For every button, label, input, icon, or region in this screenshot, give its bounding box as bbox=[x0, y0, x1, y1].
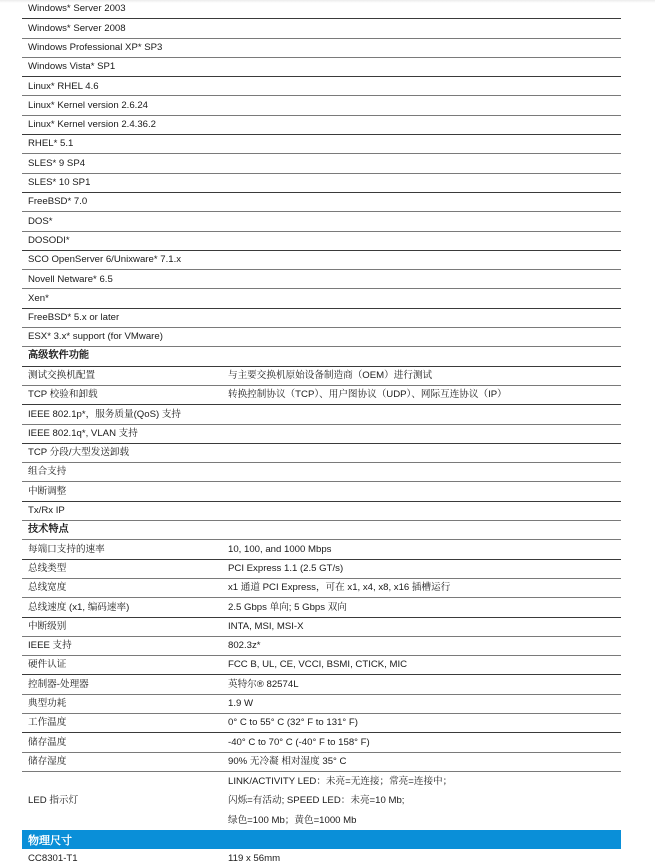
row-label: 硬件认证 bbox=[22, 660, 228, 670]
os-name: RHEL* 5.1 bbox=[22, 139, 228, 149]
os-name: Linux* RHEL 4.6 bbox=[22, 82, 228, 92]
section-title: 物理尺寸 bbox=[28, 832, 72, 848]
table-row: 储存温度 -40° C to 70° C (-40° F to 158° F) bbox=[22, 733, 621, 752]
row-label: 中断级别 bbox=[22, 622, 228, 632]
os-name: DOSODI* bbox=[22, 236, 228, 246]
row-label: 中断调整 bbox=[22, 487, 228, 497]
os-name: Windows Vista* SP1 bbox=[22, 62, 228, 72]
os-row: SLES* 9 SP4 bbox=[22, 154, 621, 173]
table-row: IEEE 802.1p*，服务质量(QoS) 支持 bbox=[22, 405, 621, 424]
table-row: IEEE 802.1q*, VLAN 支持 bbox=[22, 425, 621, 444]
row-label: TCP 分段/大型发送卸载 bbox=[22, 448, 228, 458]
row-label: TCP 校验和卸载 bbox=[22, 390, 228, 400]
led-line: LINK/ACTIVITY LED：未亮=无连接；常亮=连接中； bbox=[228, 772, 621, 791]
os-row: Linux* Kernel version 2.4.36.2 bbox=[22, 116, 621, 135]
row-label: 工作温度 bbox=[22, 718, 228, 728]
row-label: CC8301-T1 bbox=[22, 854, 228, 864]
row-value: 10, 100, and 1000 Mbps bbox=[228, 545, 621, 555]
table-row: TCP 校验和卸载 转换控制协议（TCP）、用户图协议（UDP）、网际互连协议（… bbox=[22, 386, 621, 405]
table-row: 工作温度 0° C to 55° C (32° F to 131° F) bbox=[22, 714, 621, 733]
table-row: CC8301-T1 119 x 56mm bbox=[22, 849, 621, 866]
table-row: 储存湿度 90% 无冷凝 相对湿度 35° C bbox=[22, 753, 621, 772]
row-label: 总线宽度 bbox=[22, 583, 228, 593]
os-row: Windows Professional XP* SP3 bbox=[22, 39, 621, 58]
os-row: Linux* RHEL 4.6 bbox=[22, 77, 621, 96]
os-row: Linux* Kernel version 2.6.24 bbox=[22, 96, 621, 115]
row-value: 90% 无冷凝 相对湿度 35° C bbox=[228, 757, 621, 767]
os-row: Windows* Server 2008 bbox=[22, 19, 621, 38]
row-value: 转换控制协议（TCP）、用户图协议（UDP）、网际互连协议（IP） bbox=[228, 390, 621, 400]
spec-table: Windows* Server 2003 Windows* Server 200… bbox=[22, 0, 621, 866]
row-value: -40° C to 70° C (-40° F to 158° F) bbox=[228, 738, 621, 748]
os-row: Windows* Server 2003 bbox=[22, 0, 621, 19]
row-value: PCI Express 1.1 (2.5 GT/s) bbox=[228, 564, 621, 574]
section-header-tech-features: 技术特点 bbox=[22, 521, 621, 540]
row-label: 组合支持 bbox=[22, 467, 228, 477]
row-label: 每端口支持的速率 bbox=[22, 545, 228, 555]
os-name: Novell Netware* 6.5 bbox=[22, 275, 228, 285]
row-label: IEEE 802.1q*, VLAN 支持 bbox=[22, 429, 228, 439]
row-value: 与主要交换机原始设备制造商（OEM）进行测试 bbox=[228, 371, 621, 381]
table-row: IEEE 支持 802.3z* bbox=[22, 637, 621, 656]
led-description: LINK/ACTIVITY LED：未亮=无连接；常亮=连接中； 闪烁=有活动;… bbox=[228, 772, 621, 830]
section-title: 高级软件功能 bbox=[22, 351, 228, 361]
os-row: SLES* 10 SP1 bbox=[22, 174, 621, 193]
os-row: FreeBSD* 7.0 bbox=[22, 193, 621, 212]
table-row: 测试交换机配置 与主要交换机原始设备制造商（OEM）进行测试 bbox=[22, 367, 621, 386]
row-value: 2.5 Gbps 单向; 5 Gbps 双向 bbox=[228, 603, 621, 613]
os-name: Windows* Server 2003 bbox=[22, 4, 228, 14]
row-value: FCC B, UL, CE, VCCI, BSMI, CTICK, MIC bbox=[228, 660, 621, 670]
row-value: 1.9 W bbox=[228, 699, 621, 709]
os-row: Windows Vista* SP1 bbox=[22, 58, 621, 77]
row-value: INTA, MSI, MSI-X bbox=[228, 622, 621, 632]
row-label: 典型功耗 bbox=[22, 699, 228, 709]
os-name: Linux* Kernel version 2.4.36.2 bbox=[22, 120, 228, 130]
os-name: SLES* 10 SP1 bbox=[22, 178, 228, 188]
os-row: ESX* 3.x* support (for VMware) bbox=[22, 328, 621, 347]
os-row: FreeBSD* 5.x or later bbox=[22, 309, 621, 328]
os-row: SCO OpenServer 6/Unixware* 7.1.x bbox=[22, 251, 621, 270]
section-header-physical-dimensions: 物理尺寸 bbox=[22, 830, 621, 850]
os-name: Xen* bbox=[22, 294, 228, 304]
row-label: Tx/Rx IP bbox=[22, 506, 228, 516]
row-value: 英特尔® 82574L bbox=[228, 680, 621, 690]
os-row: DOS* bbox=[22, 212, 621, 231]
table-row: 总线类型 PCI Express 1.1 (2.5 GT/s) bbox=[22, 560, 621, 579]
os-name: Windows* Server 2008 bbox=[22, 24, 228, 34]
table-row: 中断级别 INTA, MSI, MSI-X bbox=[22, 618, 621, 637]
os-name: ESX* 3.x* support (for VMware) bbox=[22, 332, 228, 342]
os-name: FreeBSD* 5.x or later bbox=[22, 313, 228, 323]
row-label: 总线速度 (x1, 编码速率) bbox=[22, 603, 228, 613]
table-row: Tx/Rx IP bbox=[22, 502, 621, 521]
os-name: SCO OpenServer 6/Unixware* 7.1.x bbox=[22, 255, 228, 265]
row-label: IEEE 802.1p*，服务质量(QoS) 支持 bbox=[22, 410, 228, 420]
section-title: 技术特点 bbox=[22, 525, 228, 535]
os-name: FreeBSD* 7.0 bbox=[22, 197, 228, 207]
os-name: Windows Professional XP* SP3 bbox=[22, 43, 228, 53]
table-row: TCP 分段/大型发送卸载 bbox=[22, 444, 621, 463]
row-label: LED 指示灯 bbox=[22, 796, 228, 806]
table-row: 总线速度 (x1, 编码速率) 2.5 Gbps 单向; 5 Gbps 双向 bbox=[22, 598, 621, 617]
table-row: 硬件认证 FCC B, UL, CE, VCCI, BSMI, CTICK, M… bbox=[22, 656, 621, 675]
table-row: 组合支持 bbox=[22, 463, 621, 482]
table-row: 总线宽度 x1 通道 PCI Express，可在 x1, x4, x8, x1… bbox=[22, 579, 621, 598]
row-label: 总线类型 bbox=[22, 564, 228, 574]
row-label: 储存温度 bbox=[22, 738, 228, 748]
row-value: 119 x 56mm bbox=[228, 854, 621, 864]
led-line: 绿色=100 Mb；黄色=1000 Mb bbox=[228, 811, 621, 830]
row-label: 测试交换机配置 bbox=[22, 371, 228, 381]
row-value: 0° C to 55° C (32° F to 131° F) bbox=[228, 718, 621, 728]
led-line: 闪烁=有活动; SPEED LED：未亮=10 Mb; bbox=[228, 791, 621, 810]
os-row: DOSODI* bbox=[22, 232, 621, 251]
os-name: DOS* bbox=[22, 217, 228, 227]
os-row: RHEL* 5.1 bbox=[22, 135, 621, 154]
row-label: 控制器-处理器 bbox=[22, 680, 228, 690]
os-name: SLES* 9 SP4 bbox=[22, 159, 228, 169]
led-indicator-row: LED 指示灯 LINK/ACTIVITY LED：未亮=无连接；常亮=连接中；… bbox=[22, 772, 621, 830]
section-header-advanced-software: 高级软件功能 bbox=[22, 347, 621, 366]
table-row: 每端口支持的速率 10, 100, and 1000 Mbps bbox=[22, 540, 621, 559]
table-row: 典型功耗 1.9 W bbox=[22, 695, 621, 714]
os-row: Novell Netware* 6.5 bbox=[22, 270, 621, 289]
table-row: 控制器-处理器 英特尔® 82574L bbox=[22, 675, 621, 694]
row-value: 802.3z* bbox=[228, 641, 621, 651]
os-name: Linux* Kernel version 2.6.24 bbox=[22, 101, 228, 111]
table-row: 中断调整 bbox=[22, 482, 621, 501]
row-label: 储存湿度 bbox=[22, 757, 228, 767]
row-value: x1 通道 PCI Express，可在 x1, x4, x8, x16 插槽运… bbox=[228, 583, 621, 593]
os-row: Xen* bbox=[22, 289, 621, 308]
row-label: IEEE 支持 bbox=[22, 641, 228, 651]
